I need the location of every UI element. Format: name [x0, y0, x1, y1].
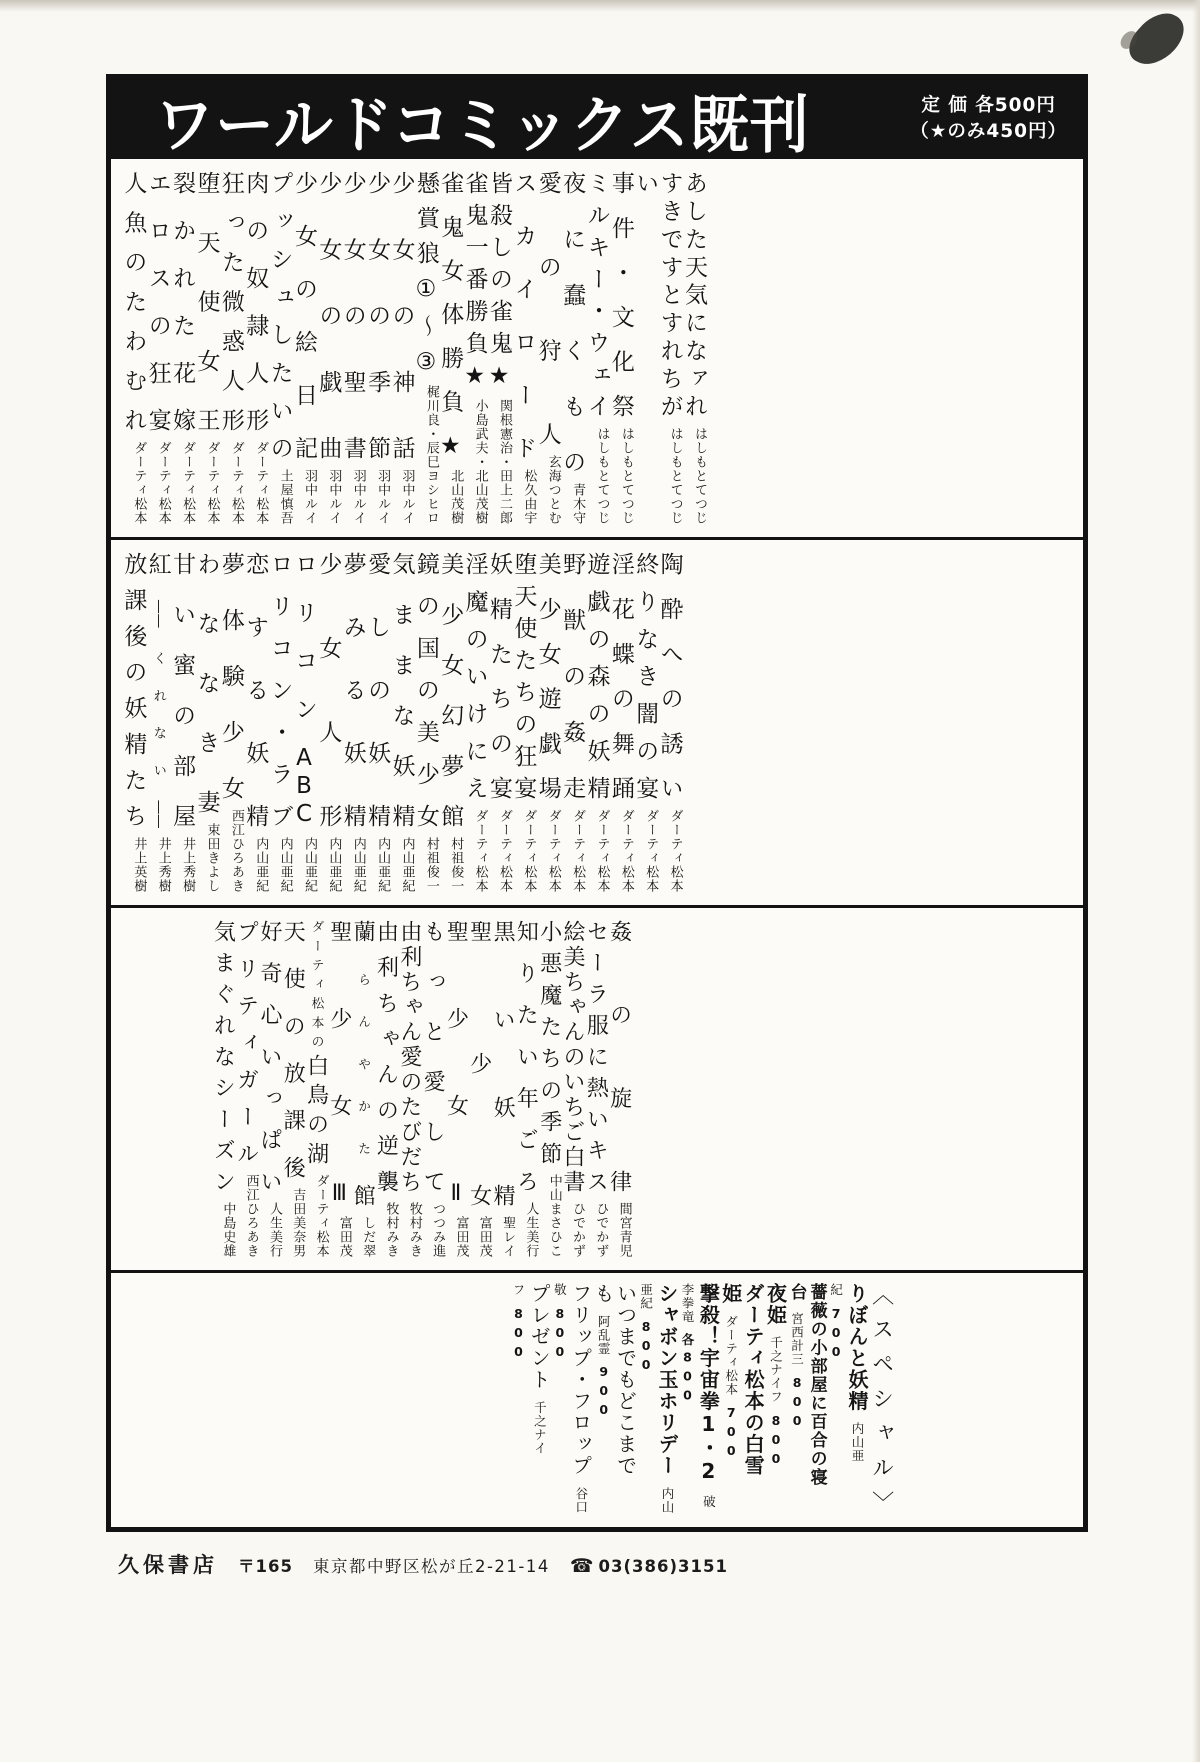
scan-top-shadow	[0, 0, 1200, 12]
book-price: 800	[511, 1306, 526, 1363]
book-author: 中島史雄	[211, 1202, 234, 1258]
publisher-phone: ☎03(386)3151	[570, 1555, 728, 1577]
book-title: ダーティ松本の白鳥の湖	[304, 920, 327, 1166]
book-column: 愛しの妖精内山亜紀	[365, 552, 389, 893]
book-title: 聖少女Ⅲ	[328, 920, 351, 1208]
book-author: 内山亜紀	[292, 837, 316, 893]
book-author: ダーティ松本	[535, 809, 559, 893]
book-author: 富田茂	[328, 1216, 351, 1258]
book-title: 妖精たちの宴	[487, 552, 511, 801]
book-title: 事件・文化祭	[609, 171, 633, 419]
book-author: 人生美行	[514, 1202, 537, 1258]
book-title: 夢みる妖精	[340, 552, 364, 829]
book-title: シャボン玉ホリデー	[655, 1283, 679, 1477]
book-author: ダーティ松本	[219, 441, 243, 525]
book-title: 堕天使女王	[194, 171, 218, 433]
book-author: ダーティ松本	[724, 1315, 739, 1396]
book-title: 放課後の妖精たち	[121, 552, 145, 829]
book-author: 村祖俊一	[438, 837, 462, 893]
phone-number: 03(386)3151	[599, 1557, 728, 1576]
book-column: 妖精たちの宴ダーティ松本	[487, 552, 511, 893]
book-title: 遊戯の森の妖精	[584, 552, 608, 801]
book-title: 肉の奴隷人形	[243, 171, 267, 433]
book-title: 野獣の姦走	[560, 552, 584, 801]
book-author: ダーティ松本	[304, 1174, 327, 1258]
book-row-4: 〈スペシャル〉りぼんと妖精内山亜紀700薔薇の小部屋に百合の寝台宮西計三800夜…	[111, 1273, 903, 1527]
book-column: 夢みる妖精内山亜紀	[340, 552, 364, 893]
book-price: 800	[552, 1306, 567, 1363]
book-price: 800	[639, 1319, 654, 1376]
book-column: 懸賞狼①〜③梶川良・辰巳ヨシヒロ	[414, 171, 438, 525]
book-author: 牧村みき	[374, 1202, 397, 1258]
book-column: 気ままな妖精内山亜紀	[389, 552, 413, 893]
book-column: ロリコンABC内山亜紀	[292, 552, 316, 893]
book-author: 間宮青児	[607, 1202, 630, 1258]
book-title: ロリコン・ラブ	[267, 552, 291, 829]
book-author: 井上英樹	[121, 837, 145, 893]
book-title: 由利ちゃんの逆襲	[374, 920, 397, 1194]
book-title: 少女の神話	[389, 171, 413, 461]
book-title: 知りたい年ごろ	[514, 920, 537, 1194]
book-title: 少女の聖書	[340, 171, 364, 461]
book-author: ダーティ松本	[170, 441, 194, 525]
scanned-ad-page: ワールドコミックス既刊 定 価 各500円 （★のみ450円） あした天気になァ…	[0, 0, 1200, 1762]
book-author: 人生美行	[258, 1202, 281, 1258]
book-price: 700	[724, 1405, 739, 1462]
book-column: 少女の神話羽中ルイ	[389, 171, 413, 525]
book-title: もっと愛して	[421, 920, 444, 1194]
book-column: 天使の放課後吉田美奈男	[281, 920, 304, 1258]
price-line-1: 定 価 各500円	[910, 93, 1067, 119]
scan-right-shadow	[1192, 0, 1200, 1762]
book-title: 雀鬼一番勝負★	[462, 171, 486, 391]
book-title: 夜に蠢くもの	[560, 171, 584, 475]
book-title: 愛の狩人	[535, 171, 559, 447]
book-column: わななき妻束田きよし	[194, 552, 218, 893]
book-row-3: 姦の旋律間宮青児セーラ服に熱いキスひでかず絵美ちゃんのいちご白書ひでかず小悪魔た…	[111, 908, 641, 1270]
book-author: 中山まさひこ	[537, 1174, 560, 1258]
book-author: 富田茂	[444, 1216, 467, 1258]
book-column: 夜姫千之ナイフ800	[764, 1283, 786, 1515]
book-column: 少女の聖書羽中ルイ	[340, 171, 364, 525]
book-author: ダーティ松本	[560, 809, 584, 893]
phone-icon: ☎	[570, 1555, 595, 1577]
book-title: 小悪魔たちの季節	[537, 920, 560, 1166]
book-column: 人魚のたわむれダーティ松本	[121, 171, 145, 525]
book-column: 淫魔のいけにえダーティ松本	[462, 552, 486, 893]
book-author: 北山茂樹	[438, 469, 462, 525]
book-column: ダーティ松本の白雪姫ダーティ松本700	[719, 1283, 764, 1515]
book-column: 少女の季節羽中ルイ	[365, 171, 389, 525]
book-title: 聖少女Ⅱ	[444, 920, 467, 1208]
book-author: ひでかず	[561, 1202, 584, 1258]
book-title: 夢体験少女	[219, 552, 243, 801]
book-column: 少女の絵日記羽中ルイ	[292, 171, 316, 525]
book-column: プリティガール西江ひろあき	[234, 920, 257, 1258]
book-row-1: あした天気になァれはしもとてつじすきですとすれちがいはしもとてつじ事件・文化祭は…	[111, 159, 716, 537]
book-author: 羽中ルイ	[340, 469, 364, 525]
book-column: スカイロード松久由宇	[511, 171, 535, 525]
book-title: 気ままな妖精	[389, 552, 413, 829]
book-column: 淫花蝶の舞踊ダーティ松本	[609, 552, 633, 893]
book-column: 夢体験少女西江ひろあき	[219, 552, 243, 893]
book-title: ロリコンABC	[292, 552, 316, 829]
book-author: ダーティ松本	[487, 809, 511, 893]
book-title: 人魚のたわむれ	[121, 171, 145, 433]
book-author: 内山亜紀	[267, 837, 291, 893]
book-author: ダーティ松本	[633, 809, 657, 893]
book-title: 黒い妖精	[491, 920, 514, 1208]
book-column: 姦の旋律間宮青児	[607, 920, 630, 1258]
book-column: 由利ちゃんの逆襲牧村みき	[374, 920, 397, 1258]
book-column: 好奇心いっぱい人生美行	[258, 920, 281, 1258]
book-author: 土屋慎吾	[267, 469, 291, 525]
book-column: 美少女幻夢館村祖俊一	[438, 552, 462, 893]
book-column: いつまでもどこまでも阿乱霊900	[592, 1283, 637, 1515]
book-author: 吉田美奈男	[281, 1188, 304, 1258]
book-title: 愛しの妖精	[365, 552, 389, 829]
book-column: 撃殺！宇宙拳1・2破李拳竜各800	[678, 1283, 719, 1515]
book-title: 懸賞狼①〜③	[414, 171, 438, 377]
book-title: 終りなき闇の宴	[633, 552, 657, 801]
book-title: 皆殺しの雀鬼★	[487, 171, 511, 391]
book-author: 内山亜紀	[243, 837, 267, 893]
book-author: 関根憲治・田上二郎	[487, 399, 511, 525]
book-author: ダーティ松本	[145, 441, 169, 525]
book-title: 陶酔への誘い	[657, 552, 681, 801]
book-author: ダーティ松本	[657, 809, 681, 893]
book-author: はしもとてつじ	[633, 427, 682, 525]
book-title: 気まぐれなシーズン	[211, 920, 234, 1194]
book-author: 羽中ルイ	[316, 469, 340, 525]
book-title: 〈スペシャル〉	[869, 1283, 894, 1515]
book-title: りぼんと妖精	[845, 1283, 869, 1412]
book-price: 各800	[680, 1333, 695, 1407]
book-author: ダーティ松本	[609, 809, 633, 893]
book-author: つつみ進	[421, 1202, 444, 1258]
book-title: プッシュしたいの	[267, 171, 291, 461]
book-column: 終りなき闇の宴ダーティ松本	[633, 552, 657, 893]
book-column: 遊戯の森の妖精ダーティ松本	[584, 552, 608, 893]
book-author: 玄海つとむ	[535, 455, 559, 525]
ad-title: ワールドコミックス既刊	[155, 74, 810, 163]
book-title: 夜姫	[764, 1283, 788, 1326]
book-column: セーラ服に熱いキスひでかず	[584, 920, 607, 1258]
book-column: 事件・文化祭はしもとてつじ	[609, 171, 633, 525]
book-column: 由利ちゃん愛のたびだち牧村みき	[398, 920, 421, 1258]
book-author: ダーティ松本	[511, 809, 535, 893]
book-column: 小悪魔たちの季節中山まさひこ	[537, 920, 560, 1258]
book-column: 鏡の国の美少女村祖俊一	[414, 552, 438, 893]
book-column: すきですとすれちがいはしもとてつじ	[633, 171, 682, 525]
book-title: 雀鬼女体勝負★	[438, 171, 462, 461]
book-column: ミルキー・ウェイはしもとてつじ	[584, 171, 608, 525]
book-title: あした天気になァれ	[682, 171, 706, 419]
book-author: ダーティ松本	[584, 809, 608, 893]
book-column: ダーティ松本の白鳥の湖ダーティ松本	[304, 920, 327, 1258]
book-title: 淫魔のいけにえ	[462, 552, 486, 801]
book-author: ダーティ松本	[243, 441, 267, 525]
book-title: 好奇心いっぱい	[258, 920, 281, 1194]
book-column: 気まぐれなシーズン中島史雄	[211, 920, 234, 1258]
book-column: 放課後の妖精たち井上英樹	[121, 552, 145, 893]
book-title: 裂かれた花嫁	[170, 171, 194, 433]
book-column: 堕天使女王ダーティ松本	[194, 171, 218, 525]
book-title: 少女の季節	[365, 171, 389, 461]
book-column: 聖少女Ⅱ富田茂	[444, 920, 467, 1258]
book-title: 美少女幻夢館	[438, 552, 462, 829]
book-column: 堕天使たちの狂宴ダーティ松本	[511, 552, 535, 893]
book-column: 聖少女富田茂	[467, 920, 490, 1258]
book-author: 羽中ルイ	[292, 469, 316, 525]
book-column: あした天気になァれはしもとてつじ	[682, 171, 706, 525]
book-author: ダーティ松本	[194, 441, 218, 525]
book-author: 内山亜紀	[365, 837, 389, 893]
book-author: 千之ナイフ	[769, 1336, 784, 1404]
book-author: 井上秀樹	[145, 837, 169, 893]
book-title: プレゼント	[527, 1283, 551, 1391]
book-author: 井上秀樹	[170, 837, 194, 893]
book-column: 美少女遊戯場ダーティ松本	[535, 552, 559, 893]
book-author: 羽中ルイ	[365, 469, 389, 525]
book-title: 恋する妖精	[243, 552, 267, 829]
book-author: はしもとてつじ	[609, 427, 633, 525]
book-author: ダーティ松本	[121, 441, 145, 525]
book-title: エロスの狂宴	[145, 171, 169, 433]
book-author: 富田茂	[467, 1216, 490, 1258]
ad-header-bar: ワールドコミックス既刊 定 価 各500円 （★のみ450円）	[111, 79, 1083, 159]
book-author: 牧村みき	[398, 1202, 421, 1258]
book-column: 愛の狩人玄海つとむ	[535, 171, 559, 525]
book-author: 西江ひろあき	[219, 809, 243, 893]
book-author: 聖レイ	[491, 1216, 514, 1258]
book-column: 黒い妖精聖レイ	[491, 920, 514, 1258]
book-title: すきですとすれちがい	[633, 171, 682, 419]
book-author: はしもとてつじ	[584, 427, 608, 525]
book-column: フリップ・フロップ谷口敬800	[550, 1283, 591, 1515]
book-column: 野獣の姦走ダーティ松本	[560, 552, 584, 893]
price-note: 定 価 各500円 （★のみ450円）	[910, 93, 1071, 145]
book-author: 梶川良・辰巳ヨシヒロ	[414, 385, 438, 525]
postal-code: 〒165	[238, 1553, 293, 1577]
price-line-2: （★のみ450円）	[910, 119, 1067, 145]
book-author: 束田きよし	[194, 823, 218, 893]
book-column: 夜に蠢くもの青木守	[560, 171, 584, 525]
book-column: 絵美ちゃんのいちご白書ひでかず	[561, 920, 584, 1258]
book-author: しだ翠	[351, 1216, 374, 1258]
book-title: 紅――くれない――	[145, 552, 169, 829]
book-column: 少女の戯曲羽中ルイ	[316, 171, 340, 525]
book-title: 狂った微惑人形	[219, 171, 243, 433]
book-title: セーラ服に熱いキス	[584, 920, 607, 1194]
book-author: 青木守	[560, 483, 584, 525]
book-author: 西江ひろあき	[234, 1174, 257, 1258]
book-author: 阿乱霊	[596, 1315, 611, 1356]
book-column: 恋する妖精内山亜紀	[243, 552, 267, 893]
book-column: 知りたい年ごろ人生美行	[514, 920, 537, 1258]
book-column: 狂った微惑人形ダーティ松本	[219, 171, 243, 525]
book-title: 堕天使たちの狂宴	[511, 552, 535, 801]
book-title: ミルキー・ウェイ	[584, 171, 608, 419]
book-column: エロスの狂宴ダーティ松本	[145, 171, 169, 525]
book-title: 美少女遊戯場	[535, 552, 559, 801]
book-column: シャボン玉ホリデー内山亜紀800	[637, 1283, 678, 1515]
book-column: 陶酔への誘いダーティ松本	[657, 552, 681, 893]
book-title: 淫花蝶の舞踊	[609, 552, 633, 801]
book-title: フリップ・フロップ	[569, 1283, 593, 1477]
book-price: 700	[829, 1306, 844, 1363]
book-column: プッシュしたいの土屋慎吾	[267, 171, 291, 525]
book-author: 内山亜紀	[340, 837, 364, 893]
book-column: 皆殺しの雀鬼★関根憲治・田上二郎	[487, 171, 511, 525]
book-column: 雀鬼一番勝負★小島武夫・北山茂樹	[462, 171, 486, 525]
book-title: 鏡の国の美少女	[414, 552, 438, 829]
book-title: 少女人形	[316, 552, 340, 829]
book-price: 800	[769, 1413, 784, 1470]
book-author: ひでかず	[584, 1202, 607, 1258]
book-column: りぼんと妖精内山亜紀700	[827, 1283, 868, 1515]
book-title: 絵美ちゃんのいちご白書	[561, 920, 584, 1194]
book-column: 裂かれた花嫁ダーティ松本	[170, 171, 194, 525]
book-column: 蘭らんやかた館しだ翠	[351, 920, 374, 1258]
book-title: わななき妻	[194, 552, 218, 815]
book-title: 聖少女	[467, 920, 490, 1208]
book-price: 900	[596, 1364, 611, 1421]
book-title: 天使の放課後	[281, 920, 304, 1180]
book-column: 雀鬼女体勝負★北山茂樹	[438, 171, 462, 525]
book-title: スカイロード	[511, 171, 535, 461]
publisher-line: 久保書店 〒165 東京都中野区松が丘2-21-14 ☎03(386)3151	[118, 1549, 728, 1579]
book-column: 甘い蜜の部屋井上秀樹	[170, 552, 194, 893]
book-column: 肉の奴隷人形ダーティ松本	[243, 171, 267, 525]
book-title: 少女の絵日記	[292, 171, 316, 461]
book-title: 撃殺！宇宙拳1・2	[696, 1283, 720, 1485]
book-row-2: 陶酔への誘いダーティ松本終りなき闇の宴ダーティ松本淫花蝶の舞踊ダーティ松本遊戯の…	[111, 540, 692, 905]
book-author: 内山亜紀	[389, 837, 413, 893]
book-list: あした天気になァれはしもとてつじすきですとすれちがいはしもとてつじ事件・文化祭は…	[111, 159, 1083, 1527]
book-author: 宮西計三	[790, 1312, 805, 1366]
publisher-address: 東京都中野区松が丘2-21-14	[313, 1553, 550, 1577]
book-author: はしもとてつじ	[682, 427, 706, 525]
book-column: 紅――くれない――井上秀樹	[145, 552, 169, 893]
book-title: 姦の旋律	[607, 920, 630, 1194]
book-author: 内山亜紀	[316, 837, 340, 893]
book-author: ダーティ松本	[462, 809, 486, 893]
ad-frame: ワールドコミックス既刊 定 価 各500円 （★のみ450円） あした天気になァ…	[106, 74, 1088, 1532]
book-author: 小島武夫・北山茂樹	[462, 399, 486, 525]
book-title: 蘭らんやかた館	[351, 920, 374, 1208]
book-column: もっと愛してつつみ進	[421, 920, 444, 1258]
book-column: 〈スペシャル〉	[868, 1283, 893, 1515]
publisher-name: 久保書店	[118, 1549, 218, 1579]
book-author: 羽中ルイ	[389, 469, 413, 525]
book-column: 聖少女Ⅲ富田茂	[328, 920, 351, 1258]
book-column: 薔薇の小部屋に百合の寝台宮西計三800	[787, 1283, 827, 1515]
book-title: プリティガール	[234, 920, 257, 1166]
book-title: 甘い蜜の部屋	[170, 552, 194, 829]
book-author: 村祖俊一	[414, 837, 438, 893]
book-column: ロリコン・ラブ内山亜紀	[267, 552, 291, 893]
book-title: 少女の戯曲	[316, 171, 340, 461]
book-title: 由利ちゃん愛のたびだち	[398, 920, 421, 1194]
book-column: 少女人形内山亜紀	[316, 552, 340, 893]
book-author: 松久由宇	[511, 469, 535, 525]
book-column: プレゼント千之ナイフ800	[509, 1283, 550, 1515]
book-price: 800	[790, 1375, 805, 1432]
